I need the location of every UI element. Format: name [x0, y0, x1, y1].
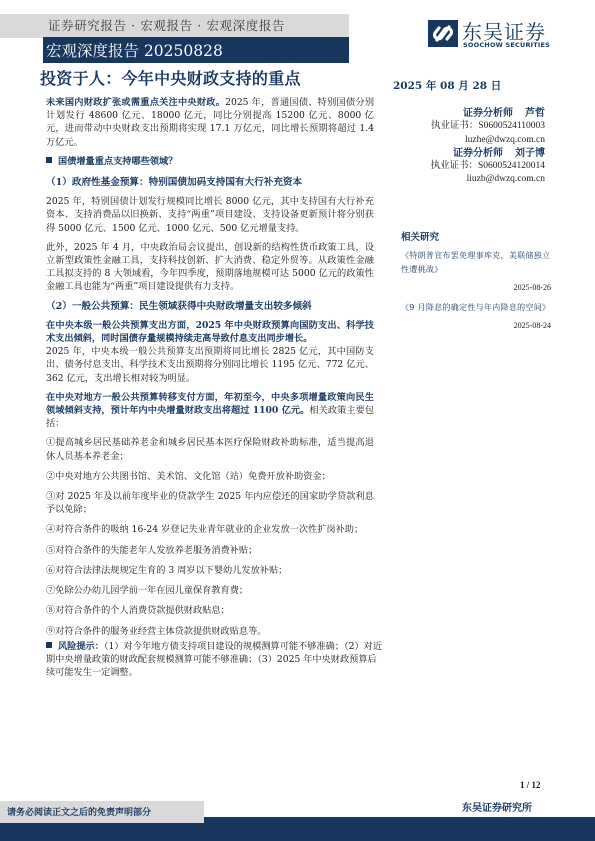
analyst-name: 芦哲 — [525, 108, 545, 119]
policy-list-item: ①提高城乡居民基础养老金和城乡居民基本医疗保险财政补助标准，适当提高退休人员基本… — [46, 436, 374, 462]
policy-list-item: ④对符合条件的吸纳 16-24 岁登记失业青年就业的企业发放一次性扩岗补助； — [46, 523, 374, 536]
related-item-date: 2025-08-24 — [401, 319, 551, 333]
analyst-license: 执业证书：S0600524120014 — [375, 160, 545, 173]
related-item-title[interactable]: 《9 月降息的确定性与年内降息的空间》 — [401, 301, 551, 315]
risk-warning: 风险提示：（1）对今年地方债支持项目建设的规模测算可能不够准确；（2）对近期中央… — [46, 640, 384, 680]
policy-list-item: ⑧对符合条件的个人消费贷款提供财政贴息； — [46, 604, 374, 617]
institute-name: 东吴证券研究所 — [462, 799, 532, 814]
footer-navy-bar-left — [0, 823, 204, 841]
soochow-logo-icon — [428, 20, 458, 47]
related-item-title[interactable]: 《特朗普宣布罢免理事库克，美联储独立性遭挑战》 — [401, 249, 551, 277]
paragraph: 在中央对地方一般公共预算转移支付方面，年初至今，中央多项增量政策向民生领域倾斜支… — [46, 391, 374, 431]
report-type: 宏观深度报告 20250828 — [46, 39, 223, 61]
paragraph: 2025 年，特别国债计划发行规模同比增长 8000 亿元，其中支持国有大行补充… — [46, 195, 374, 235]
analyst-title-2: 证券分析师刘子博 — [375, 147, 545, 160]
related-research-title: 相关研究 — [401, 231, 551, 245]
summary-content: 未来国内财政扩张或需重点关注中央财政。2025 年，普通国债、特别国债分别计划发… — [46, 96, 374, 645]
analyst-license: 执业证书：S0600524110003 — [375, 120, 545, 133]
logo-english-name: SOOCHOW SECURITIES — [463, 41, 550, 49]
risk-label: 风险提示： — [58, 641, 104, 652]
company-logo: 东吴证券 SOOCHOW SECURITIES — [428, 18, 568, 54]
analyst-email[interactable]: liuzb@dwzq.com.cn — [375, 173, 545, 186]
policy-list-item: ⑨对符合条件的服务业经营主体贷款提供财政贴息等。 — [46, 625, 374, 638]
footer-navy-bar — [204, 817, 595, 841]
subsection-heading-1: （1）政府性基金预算：特别国债加码支持国有大行补充资本 — [46, 176, 374, 189]
related-research: 相关研究 《特朗普宣布罢免理事库克，美联储独立性遭挑战》 2025-08-26 … — [401, 231, 551, 339]
page-number: 1 / 12 — [520, 780, 541, 790]
section-heading: 国债增量重点支持哪些领域？ — [46, 155, 374, 168]
analyst-email[interactable]: luzhe@dwzq.com.cn — [375, 134, 545, 147]
breadcrumb: 证券研究报告 · 宏观报告 · 宏观深度报告 — [48, 16, 285, 34]
subsection-heading-2: （2）一般公共预算：民生领域获得中央财政增量支出较多倾斜 — [46, 300, 374, 313]
square-bullet-icon — [46, 642, 52, 648]
analyst-block: 证券分析师芦哲 执业证书：S0600524110003 luzhe@dwzq.c… — [375, 107, 545, 187]
paragraph: 在中央本级一般公共预算支出方面，2025 年中央财政预算向国防支出、科学技术支出… — [46, 319, 374, 385]
intro-paragraph: 未来国内财政扩张或需重点关注中央财政。2025 年，普通国债、特别国债分别计划发… — [46, 96, 374, 149]
analyst-name: 刘子博 — [515, 148, 545, 159]
square-bullet-icon — [46, 157, 52, 163]
policy-list-item: ⑤对符合条件的失能老年人发放养老服务消费补贴； — [46, 544, 374, 557]
policy-list-item: ⑥对符合法律法规规定生育的 3 周岁以下婴幼儿发放补贴； — [46, 564, 374, 577]
policy-list-item: ③对 2025 年及以前年度毕业的贷款学生 2025 年内应偿还的国家助学贷款利… — [46, 490, 374, 516]
policy-list-item: ②中央对地方公共图书馆、美术馆、文化馆（站）免费开放补助资金； — [46, 470, 374, 483]
analyst-title-1: 证券分析师芦哲 — [375, 107, 545, 120]
page-title: 投资于人：今年中央财政支持的重点 — [40, 66, 301, 89]
related-item-date: 2025-08-26 — [401, 281, 551, 295]
policy-list-item: ⑦免除公办幼儿园学前一年在园儿童保育教育费； — [46, 584, 374, 597]
paragraph: 此外，2025 年 4 月，中央政治局会议提出，创设新的结构性货币政策工具，设立… — [46, 241, 374, 294]
disclaimer-note: 请务必阅读正文之后的免责声明部分 — [7, 805, 151, 818]
report-date: 2025 年 08 月 28 日 — [393, 78, 501, 93]
